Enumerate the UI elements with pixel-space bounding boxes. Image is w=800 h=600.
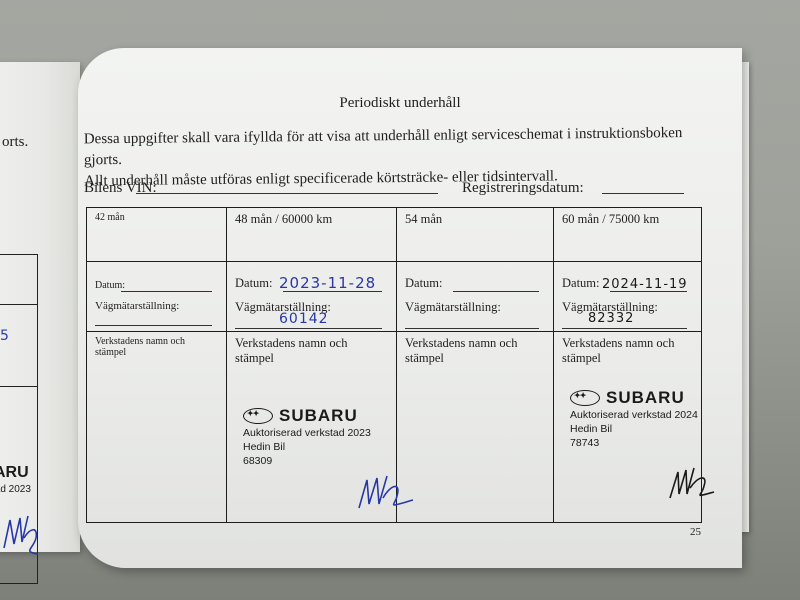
stamp-line: 68309: [243, 454, 371, 468]
date-label: Datum:: [95, 280, 125, 291]
page-number: 25: [690, 526, 701, 538]
workshop-label: Verkstadens namn och: [95, 336, 218, 347]
interval-cell: 48 mån / 60000 km: [227, 208, 397, 262]
workshop-stamp-cell: Verkstadens namn och stämpel SUBARU Aukt…: [554, 332, 701, 522]
stamp-line: Auktoriserad verkstad 2024: [570, 408, 698, 422]
workshop-label: Verkstadens namn och: [562, 336, 693, 351]
date-field[interactable]: Datum:: [405, 272, 545, 294]
intro-line-1: Dessa uppgifter skall vara ifyllda för a…: [84, 123, 724, 172]
vin-label: Bilens VIN:: [84, 180, 157, 197]
intro-text: Dessa uppgifter skall vara ifyllda för a…: [84, 123, 725, 193]
date-label: Datum:: [562, 276, 600, 291]
workshop-label: stämpel: [95, 347, 218, 358]
odometer-label: Vägmätarställning:: [405, 300, 545, 315]
workshop-stamp: SUBARU Auktoriserad verkstad 2024 Hedin …: [570, 390, 698, 450]
left-page-text-fragment: orts.: [2, 134, 28, 151]
signature: [666, 464, 716, 504]
date-field[interactable]: Datum:: [95, 272, 218, 294]
odometer-field[interactable]: Vägmätarställning: 60142: [235, 300, 388, 329]
workshop-stamp-cell: Verkstadens namn och stämpel: [87, 332, 227, 522]
stamp-brand: SUBARU: [606, 391, 685, 405]
date-label: Datum:: [235, 276, 273, 291]
workshop-label: stämpel: [405, 351, 545, 366]
stamp-line: Hedin Bil: [570, 422, 698, 436]
page-title: Periodiskt underhåll: [0, 95, 800, 112]
interval-label: 60 mån / 75000 km: [562, 212, 659, 226]
stamp-line: 78743: [570, 436, 698, 450]
date-field[interactable]: Datum: 2023-11-28: [235, 272, 388, 294]
left-page-stamp-text: tad 2023: [0, 484, 31, 495]
vin-field[interactable]: [136, 193, 438, 194]
interval-cell: 60 mån / 75000 km: [554, 208, 701, 262]
left-page-stamp-brand: ARU: [0, 464, 29, 482]
date-odometer-cell: Datum: Vägmätarställning:: [397, 262, 554, 332]
left-facing-page: orts. 5 ARU tad 2023: [0, 62, 80, 552]
date-label: Datum:: [405, 276, 443, 291]
interval-label: 54 mån: [405, 212, 442, 226]
stamp-line: Hedin Bil: [243, 440, 371, 454]
interval-label: 42 mån: [95, 212, 125, 223]
interval-label: 48 mån / 60000 km: [235, 212, 332, 226]
stamp-brand: SUBARU: [279, 409, 358, 423]
date-field[interactable]: Datum: 2024-11-19: [562, 272, 693, 294]
stamp-line: Auktoriserad verkstad 2023: [243, 426, 371, 440]
subaru-logo-icon: [570, 390, 600, 406]
date-odometer-cell: Datum: 2024-11-19 Vägmätarställning: 823…: [554, 262, 701, 332]
handwritten-odometer: 60142: [279, 311, 329, 327]
handwritten-date: 2023-11-28: [279, 274, 376, 292]
workshop-label: stämpel: [562, 351, 693, 366]
subaru-logo-icon: [243, 408, 273, 424]
workshop-stamp-cell: Verkstadens namn och stämpel: [397, 332, 554, 522]
interval-cell: 42 mån: [87, 208, 227, 262]
registration-date-field[interactable]: [602, 193, 684, 194]
odometer-field[interactable]: Vägmätarställning:: [405, 300, 545, 329]
odometer-field[interactable]: Vägmätarställning:: [95, 300, 218, 326]
service-table: 42 mån 48 mån / 60000 km 54 mån 60 mån /…: [86, 207, 702, 523]
left-page-handwriting: 5: [0, 328, 9, 344]
date-odometer-cell: Datum: Vägmätarställning:: [87, 262, 227, 332]
handwritten-odometer: 82332: [588, 311, 634, 326]
workshop-label: Verkstadens namn och: [235, 336, 388, 351]
left-page-signature: [0, 508, 40, 558]
workshop-stamp-cell: Verkstadens namn och stämpel SUBARU Aukt…: [227, 332, 397, 522]
handwritten-date: 2024-11-19: [602, 277, 688, 292]
date-odometer-cell: Datum: 2023-11-28 Vägmätarställning: 601…: [227, 262, 397, 332]
registration-date-label: Registreringsdatum:: [462, 180, 584, 197]
workshop-stamp: SUBARU Auktoriserad verkstad 2023 Hedin …: [243, 408, 371, 468]
odometer-label: Vägmätarställning:: [95, 300, 218, 312]
odometer-field[interactable]: Vägmätarställning: 82332: [562, 300, 693, 329]
interval-cell: 54 mån: [397, 208, 554, 262]
workshop-label: Verkstadens namn och: [405, 336, 545, 351]
workshop-label: stämpel: [235, 351, 388, 366]
